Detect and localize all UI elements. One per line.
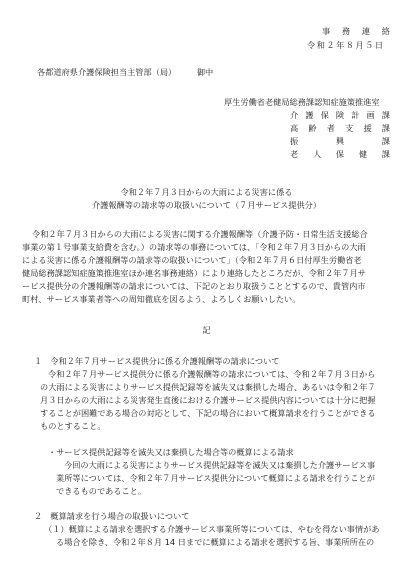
intro-line: 町村、サービス事業者等への周知徹底を図るよう、よろしくお願いしたい。 <box>22 293 300 306</box>
intro-line: による災害に係る介護報酬等の請求等の取扱いについて」（令和２年７月６日付厚生労働… <box>22 254 362 267</box>
intro-line: 令和２年７月３日からの大雨による災害に関する介護報酬等（介護予防・日常生活支援総… <box>32 228 368 241</box>
division-char: 支 <box>345 122 353 135</box>
division-char: 振 <box>290 135 298 148</box>
division-char: 課 <box>382 148 390 161</box>
section2-item1-line: る場合を除き、令和２年８月 14 日までに概算による請求を選択する旨、事業所所在… <box>56 536 374 549</box>
division-char: 高 <box>290 122 298 135</box>
sender-office: 厚生労働省老健局総務課認知症施策推進室 <box>224 96 380 109</box>
division-char: 計 <box>351 109 359 122</box>
division-char: 者 <box>327 122 335 135</box>
division-char: 介 <box>290 109 298 122</box>
intro-line: 健局総務課認知症施策推進室ほか連名事務連絡）により連絡したところだが、令和２年７… <box>22 267 366 280</box>
division-char: 健 <box>359 148 367 161</box>
section1-bullet-heading: ・サービス提供記録等を滅失又は棄損した場合等の概算による請求 <box>48 446 294 459</box>
section1-bullet-line: 今回の大雨による災害によりサービス提供記録等を滅失又は棄損した介護サービス事 <box>64 459 375 472</box>
doc-type-label: 事 務 連 絡 <box>322 25 390 38</box>
division-char: 老 <box>290 148 298 161</box>
sender-division-rojin-hoken: 老 人 保 健 課 <box>290 148 390 161</box>
division-char: 援 <box>363 122 371 135</box>
section1-bullet-line: できるものであること。 <box>56 485 146 498</box>
document-title-line1: 令和２年７月３日からの大雨による災害に係る <box>0 186 413 199</box>
addressee: 各都道府県介護保険担当主管部（局） 御中 <box>37 66 213 79</box>
section1-line: の大雨による災害によりサービス提供記録等を滅失又は棄損した場合、あるいは令和２年… <box>40 381 376 394</box>
division-char: 保 <box>336 148 344 161</box>
sender-division-koreisha-shien: 高 齢 者 支 援 課 <box>290 122 390 135</box>
section1-line: することが困難である場合の対応として、下記の場合において概算請求を行うことができ… <box>40 407 376 420</box>
document-page: 事 務 連 絡 令和２年８月５日 各都道府県介護保険担当主管部（局） 御中 厚生… <box>0 0 413 585</box>
sender-division-kaigo-hoken-keikaku: 介 護 保 険 計 画 課 <box>290 109 390 122</box>
division-char: 課 <box>382 135 390 148</box>
document-date: 令和２年８月５日 <box>307 39 385 52</box>
division-char: 興 <box>336 135 344 148</box>
addressee-to: 各都道府県介護保険担当主管部（局） <box>37 67 176 77</box>
section2-heading: ２ 概算請求を行う場合の取扱いについて <box>34 510 189 523</box>
section1-line: 月３日からの大雨による災害発生直後における介護サービス提供内容については十分に把… <box>40 394 376 407</box>
division-char: 人 <box>313 148 321 161</box>
division-char: 齢 <box>308 122 316 135</box>
doc-type-char: 絡 <box>382 25 390 38</box>
section1-line: ものとすること。 <box>40 420 106 433</box>
doc-type-char: 務 <box>342 25 350 38</box>
section1-line: 令和２年７月サービス提供分に係る介護報酬等の請求については、令和２年７月３日から <box>48 368 375 381</box>
section1-bullet-line: 業所等については、令和２年７月サービス提供分について概算による請求を行うことが <box>56 472 375 485</box>
ki-marker: 記 <box>0 324 413 337</box>
section2-item1-line: （１）概算による請求を選択する介護サービス事業所等については、やむを得ない事情が… <box>44 523 380 536</box>
intro-line: ービス提供分の介護報酬等の請求については、下記のとおり取扱うこととするので、貴管… <box>22 280 366 293</box>
intro-line: 事業の第１号事業支給費を含む。）の請求等の事務については、「令和２年７月３日から… <box>22 241 366 254</box>
addressee-honorific: 御中 <box>197 67 213 77</box>
division-char: 課 <box>382 122 390 135</box>
division-char: 課 <box>382 109 390 122</box>
division-char: 護 <box>305 109 313 122</box>
section1-heading: １ 令和２年７月サービス提供分に係る介護報酬等の請求について <box>34 355 279 368</box>
doc-type-char: 事 <box>322 25 330 38</box>
division-char: 保 <box>321 109 329 122</box>
division-char: 険 <box>336 109 344 122</box>
doc-type-char: 連 <box>362 25 370 38</box>
sender-division-shinko: 振 興 課 <box>290 135 390 148</box>
division-char: 画 <box>366 109 374 122</box>
document-title-line2: 介護報酬等の請求等の取扱いについて（７月サービス提供分） <box>0 199 413 212</box>
